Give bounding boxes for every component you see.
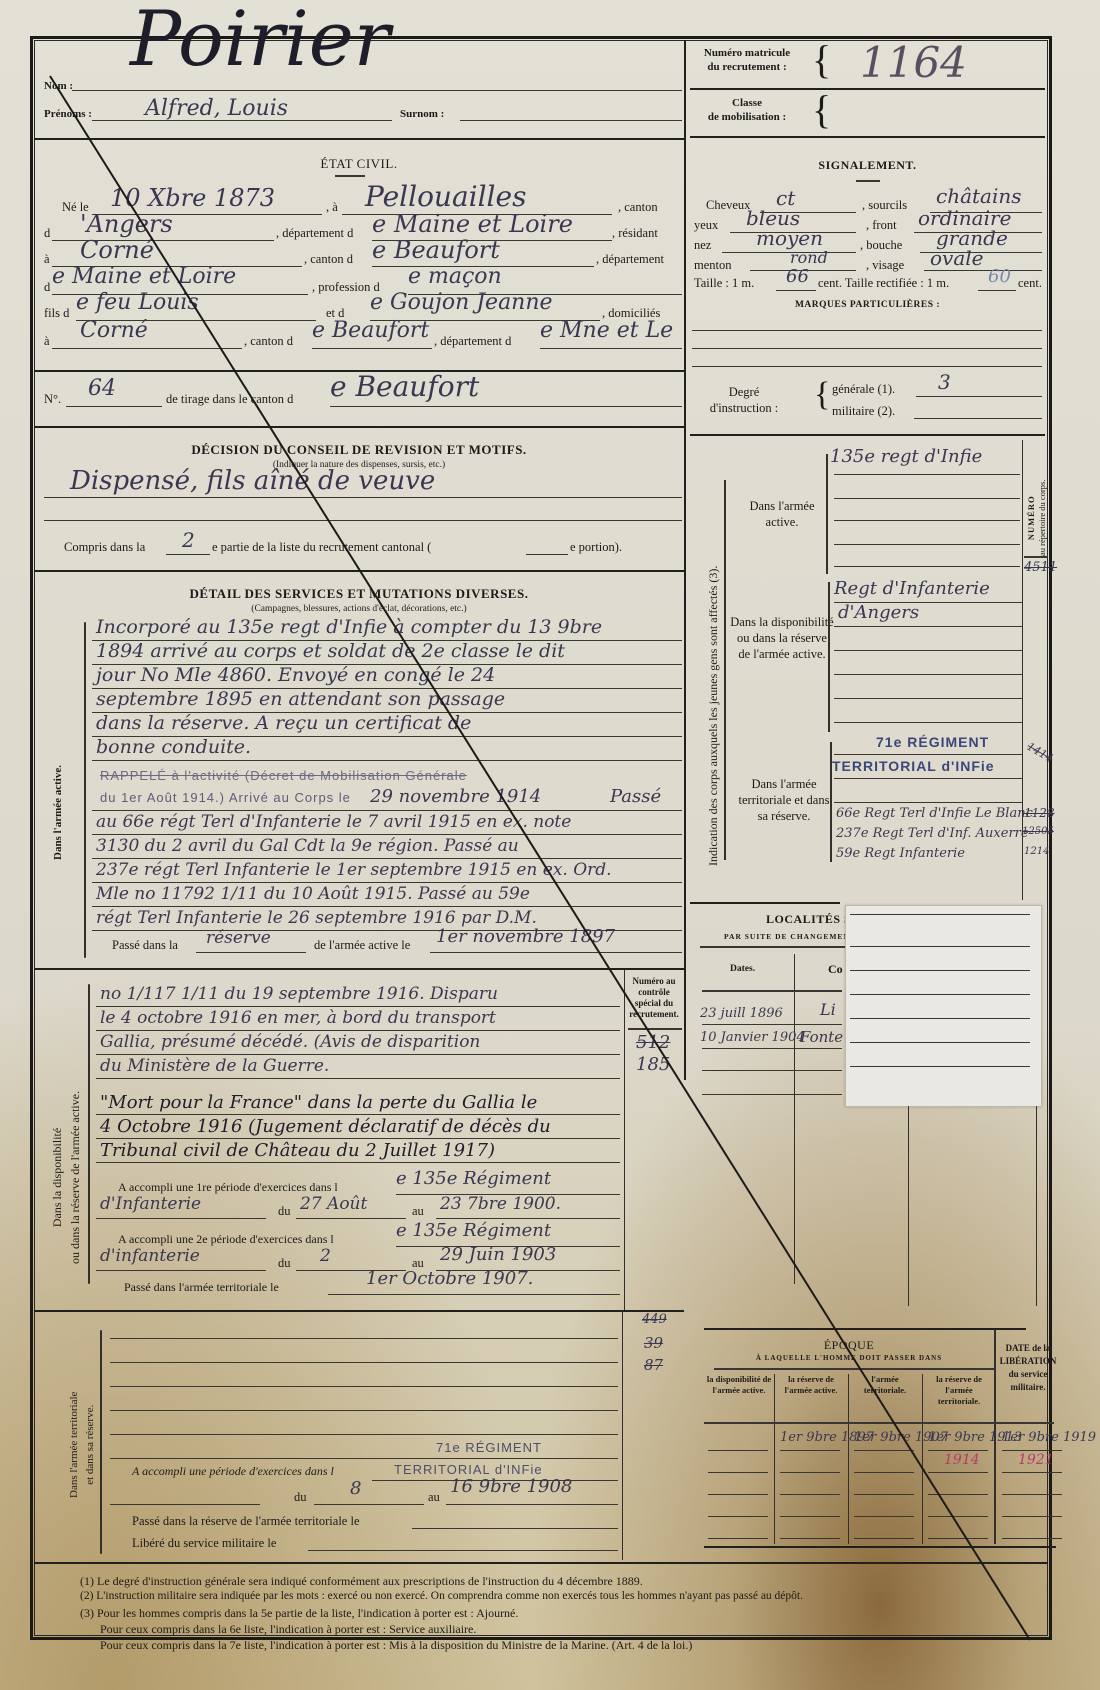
localites-row-line-2: [702, 1048, 842, 1049]
periode2-value2-line: [96, 1270, 266, 1271]
epoque-row-line: [708, 1450, 768, 1451]
terr-stamp-2: TERRITORIAL d'INFie: [394, 1462, 543, 1477]
epoque-row-line: [708, 1472, 768, 1473]
corps-dispo-value-2: d'Angers: [838, 602, 919, 623]
tirage-label: de tirage dans le canton d: [166, 392, 293, 407]
services-line: [110, 1434, 618, 1435]
epoque-row-line: [780, 1472, 840, 1473]
terr-au-line: [446, 1504, 618, 1505]
services-line: [92, 712, 682, 713]
portion-line: [526, 554, 568, 555]
epoque-row-line: [780, 1538, 840, 1539]
epoque-subtitle: À LAQUELLE L'HOMME DOIT PASSER DANS: [704, 1354, 994, 1362]
localites-col-dates: Dates.: [730, 964, 755, 974]
numero-header-line: [1024, 556, 1048, 558]
footnotes-top-line: [34, 1562, 1048, 1564]
epoque-column-header: la réserve de l'armée territoriale.: [924, 1374, 994, 1407]
epoque-row-line: [780, 1494, 840, 1495]
terr-num-1: 449: [642, 1312, 667, 1327]
decision-title: DÉCISION DU CONSEIL DE REVISION ET MOTIF…: [34, 442, 684, 458]
epoque-row-line: [854, 1516, 914, 1517]
epoque-row-line: [928, 1494, 988, 1495]
terr-au-label: au: [428, 1490, 440, 1505]
epoque-row-line: [708, 1494, 768, 1495]
res-canton-label: , canton d: [304, 252, 353, 267]
terr-periode-label: A accompli une période d'exercices dans …: [132, 1464, 334, 1479]
passe-terr-label: Passé dans l'armée territoriale le: [124, 1280, 279, 1295]
res-dept2-value: e Maine et Loire: [52, 264, 236, 289]
marques-line-1: [692, 330, 1042, 331]
footnote: Pour ceux compris dans la 6e liste, l'in…: [100, 1622, 476, 1637]
nez-value: moyen: [756, 226, 823, 250]
classe-label-2: de mobilisation :: [692, 110, 802, 124]
terr-side-label-2: et dans sa réserve.: [82, 1392, 98, 1498]
corps-dispo-line-3: [834, 650, 1022, 651]
dispo-brace: [88, 984, 90, 1284]
corps-active-num: 4511: [1024, 560, 1057, 575]
footnote: (1) Le degré d'instruction générale sera…: [80, 1574, 643, 1589]
epoque-row-line: [1002, 1494, 1062, 1495]
matricule-label-2: du recrutement :: [692, 60, 802, 74]
services-active-bottom-line: [34, 968, 684, 970]
services-line: [92, 882, 682, 883]
periode1-value: e 135e Régiment: [396, 1168, 551, 1189]
passe-reserve-line: [196, 952, 306, 953]
cent-label: cent.: [1018, 276, 1042, 291]
epoque-row-line: [1002, 1472, 1062, 1473]
decision-line-2: [44, 520, 682, 521]
epoque-title: ÉPOQUE: [704, 1338, 994, 1353]
corps-dispo-line-4: [834, 674, 1022, 675]
res-a-label: à: [44, 252, 50, 267]
controle-column-divider-left: [624, 970, 625, 1310]
localites-row-date: 23 juill 1896: [700, 1006, 783, 1021]
classe-label: Classe de mobilisation :: [692, 96, 802, 124]
surnom-label: Surnom :: [400, 108, 444, 120]
res-canton-value: e Beaufort: [372, 236, 500, 264]
localites-row-line-3: [702, 1070, 842, 1071]
mort-line: "Mort pour la France" dans la perte du G…: [100, 1092, 537, 1113]
terr-du: 8: [350, 1478, 361, 1499]
terr-du-line: [314, 1504, 424, 1505]
epoque-row-line: [928, 1538, 988, 1539]
ne-le-value: 10 Xbre 1873: [110, 184, 275, 212]
header-bottom-line: [34, 138, 684, 140]
signalement-rule: [856, 180, 880, 182]
localites-col-divider: [794, 954, 795, 1284]
rappel-line: 3130 du 2 avril du Gal Cdt la 9e région.…: [96, 836, 519, 856]
epoque-cols-header-line: [704, 1422, 1054, 1424]
terr-du-label: du: [294, 1490, 307, 1505]
portion-suffix: e portion).: [570, 540, 622, 555]
a-label: , à: [326, 200, 338, 215]
services-line: [96, 1078, 620, 1079]
footnote: Pour ceux compris dans la 7e liste, l'in…: [100, 1638, 692, 1653]
degre-label: Degré d'instruction :: [694, 384, 794, 416]
services-line: [92, 736, 682, 737]
dom-canton-label: , canton d: [244, 334, 293, 349]
numero-label-1: NUMÉRO: [1026, 480, 1037, 556]
services-line: [96, 1054, 620, 1055]
epoque-correction: 1914: [944, 1452, 980, 1468]
corps-active-line-5: [834, 566, 1020, 567]
tirage-no-value: 64: [88, 376, 116, 401]
matricule-label-1: Numéro matricule: [692, 46, 802, 60]
localites-row-line-4: [702, 1094, 842, 1095]
menton-label: menton: [694, 258, 732, 273]
signalement-title: SIGNALEMENT.: [690, 158, 1045, 173]
services-line: [96, 1006, 620, 1007]
taille-rect-value: 60: [988, 266, 1011, 287]
rappel-stamp-2: du 1er Août 1914.) Arrivé au Corps le: [100, 790, 351, 805]
corps-terr-line-3: [834, 802, 1022, 803]
epoque-row-line: [1002, 1516, 1062, 1517]
corps-terr-line-num: 1214: [1024, 846, 1049, 857]
visage-value: ovale: [930, 246, 984, 270]
epoque-date-col: DATE de la LIBÉRATION du service militai…: [998, 1342, 1058, 1394]
corps-dispo-line-5: [834, 698, 1022, 699]
passe-reserve-terr-line: [412, 1528, 618, 1529]
terr-side-label-1: Dans l'armée territoriale: [66, 1392, 82, 1498]
passe-terr-line: [328, 1294, 620, 1295]
classe-divider: [690, 136, 1045, 138]
et-de-value: e Goujon Jeanne: [370, 290, 553, 315]
corps-terr-line-1: [834, 754, 1022, 755]
matricule-value: 1164: [860, 38, 967, 87]
passe-reserve-date: 1er novembre 1897: [436, 926, 615, 947]
corps-terr-line-text: 237e Regt Terl d'Inf. Auxerre: [836, 826, 1029, 841]
corps-terr-stamp-1: 71e RÉGIMENT: [876, 734, 989, 750]
controle-label: Numéro au contrôle spécial du recrutemen…: [626, 976, 682, 1020]
degre-label-1: Degré: [694, 384, 794, 400]
corps-terr-line-text: 59e Regt Infanterie: [836, 846, 965, 861]
dispo-line: le 4 octobre 1916 en mer, à bord du tran…: [100, 1008, 496, 1028]
services-line: [110, 1410, 618, 1411]
marques-line-2: [692, 348, 1042, 349]
epoque-row-line: [928, 1450, 988, 1451]
degre-brace: {: [814, 376, 830, 414]
nom-line: [72, 90, 682, 91]
bouche-label: , bouche: [860, 238, 902, 253]
dom-dept-line: [540, 348, 682, 349]
etat-civil-title: ÉTAT CIVIL.: [34, 156, 684, 172]
sourcils-value: châtains: [936, 184, 1022, 208]
classe-brace: {: [812, 86, 831, 133]
nez-label: nez: [694, 238, 711, 253]
epoque-top-line: [704, 1328, 1026, 1330]
corps-active-line-4: [834, 544, 1020, 545]
footnote: (3) Pour les hommes compris dans la 5e p…: [80, 1606, 518, 1621]
passe-reserve-date-line: [430, 952, 682, 953]
generale-line: [916, 396, 1042, 397]
pasted-paper-patch: [845, 905, 1042, 1107]
periode2-du: 2: [320, 1246, 331, 1266]
rappel-stamp-1: RAPPELÉ à l'activité (Décret de Mobilisa…: [100, 768, 467, 783]
services-active-side-label: Dans l'armée active.: [52, 765, 64, 860]
menton-value: rond: [790, 248, 828, 267]
decision-value: Dispensé, fils aîné de veuve: [70, 466, 435, 496]
dom-dept-label: , département d: [434, 334, 511, 349]
epoque-column-divider: [848, 1374, 849, 1544]
tirage-no-line: [66, 406, 162, 407]
corps-active-line-1: [834, 474, 1020, 475]
matricule-divider: [690, 88, 1045, 90]
compris-line: [166, 554, 210, 555]
yeux-label: yeux: [694, 218, 718, 233]
services-line: [92, 664, 682, 665]
periode2-value: e 135e Régiment: [396, 1220, 551, 1241]
periode1-du: 27 Août: [300, 1194, 367, 1214]
services-line: [110, 1338, 618, 1339]
corps-dispo-line-2: [834, 626, 1022, 627]
degre-bottom-line: [690, 434, 1045, 436]
corps-terr-line-2: [834, 778, 1022, 779]
corps-active-label: Dans l'armée active.: [734, 498, 830, 530]
localites-header-line: [700, 946, 845, 948]
generale-label: générale (1).: [832, 382, 895, 397]
corps-bottom-line: [690, 902, 840, 904]
res-dept-label: , département: [596, 252, 664, 267]
epoque-row-line: [1002, 1538, 1062, 1539]
profession-value: e maçon: [408, 264, 502, 289]
taille-label: Taille : 1 m.: [694, 276, 754, 291]
periode1-label: A accompli une 1re période d'exercices d…: [118, 1180, 338, 1195]
residant-label: , résidant: [612, 226, 658, 241]
periode1-value2: d'Infanterie: [100, 1194, 201, 1214]
services-active-line: 1894 arrivé au corps et soldat de 2e cla…: [96, 640, 565, 662]
res-dept2-label: d: [44, 280, 50, 295]
dom-canton-value: e Beaufort: [312, 318, 429, 343]
nom-value: Poirier: [130, 0, 390, 83]
services-active-brace: [84, 622, 86, 958]
numero-label-2: au répertoire du corps.: [1037, 480, 1048, 556]
services-active-line: Incorporé au 135e regt d'Infie à compter…: [96, 616, 602, 638]
corps-terr-line-num: 1128: [1024, 806, 1055, 820]
corps-active-line-2: [834, 498, 1020, 499]
passe-reserve-label: Passé dans la: [112, 938, 178, 953]
services-subtitle: (Campagnes, blessures, actions d'éclat, …: [34, 604, 684, 614]
services-line: [92, 858, 682, 859]
localites-row-date: 10 Janvier 1904: [700, 1030, 805, 1045]
epoque-row-line: [854, 1538, 914, 1539]
controle-value-2: 185: [636, 1054, 670, 1075]
sourcils-label: , sourcils: [862, 198, 907, 213]
corps-dispo-line-6: [834, 722, 1022, 723]
rappel-line: Mle no 11792 1/11 du 10 Août 1915. Passé…: [96, 884, 530, 904]
d-label: d: [44, 226, 50, 241]
nez-line: [722, 252, 856, 253]
services-line: [92, 760, 682, 761]
visage-label: , visage: [866, 258, 904, 273]
dept-label: , département d: [276, 226, 353, 241]
localites-right-divider-1: [908, 1106, 909, 1306]
canton-label: , canton: [618, 200, 658, 215]
periode2-label: A accompli une 2e période d'exercices da…: [118, 1232, 334, 1247]
dispo-bottom-line: [34, 1310, 684, 1312]
corps-dispo-value-1: Regt d'Infanterie: [834, 578, 990, 599]
epoque-column-header: l'armée territoriale.: [850, 1374, 920, 1396]
nom-label: Nom :: [44, 80, 73, 92]
services-line: [96, 1114, 620, 1115]
dispo-side-label-2: ou dans la réserve de l'armée active.: [66, 1091, 84, 1264]
epoque-row-line: [780, 1450, 840, 1451]
corps-active-line-3: [834, 520, 1020, 521]
front-label: , front: [866, 218, 897, 233]
taille-rect-line: [978, 290, 1016, 291]
services-active-line: septembre 1895 en attendant son passage: [96, 688, 505, 710]
periode2-du-label: du: [278, 1256, 291, 1271]
corps-terr-line-num: 12505: [1022, 826, 1054, 837]
matricule-label: Numéro matricule du recrutement :: [692, 46, 802, 74]
compris-label: Compris dans la: [64, 540, 145, 555]
dom-dept-value: e Mne et Le: [540, 318, 673, 343]
dispo-side-label: Dans la disponibilité ou dans la réserve…: [48, 1091, 84, 1264]
dispo-line: no 1/117 1/11 du 19 septembre 1916. Disp…: [100, 984, 498, 1004]
marques-line-3: [692, 366, 1042, 367]
terr-side-label: Dans l'armée territoriale et dans sa rés…: [66, 1392, 98, 1498]
dom-a-value: Corné: [80, 318, 148, 343]
prenoms-value: Alfred, Louis: [145, 96, 288, 121]
localites-col-line: [702, 990, 842, 992]
etat-civil-rule: [335, 175, 365, 177]
services-active-line: dans la réserve. A reçu un certificat de: [96, 712, 471, 734]
surnom-line: [460, 120, 682, 121]
fils-value: e feu Louis: [76, 290, 199, 315]
rappel-line: régt Terl Infanterie le 26 septembre 191…: [96, 908, 537, 928]
generale-value: 3: [938, 370, 951, 394]
epoque-column-divider: [922, 1374, 923, 1544]
localites-row-place: Li: [820, 1000, 836, 1019]
epoque-correction: 1921: [1018, 1452, 1054, 1468]
periode2-value2: d'infanterie: [100, 1246, 200, 1266]
epoque-row-line: [1002, 1450, 1062, 1451]
header-divider: [684, 40, 686, 1080]
fils-label: fils d: [44, 306, 69, 321]
services-line: [92, 640, 682, 641]
d-value: 'Angers: [80, 210, 173, 238]
mort-line: 4 Octobre 1916 (Jugement déclaratif de d…: [100, 1116, 551, 1137]
periode1-du-label: du: [278, 1204, 291, 1219]
terr-num-2: 39: [644, 1334, 663, 1352]
services-line: [92, 688, 682, 689]
passe-terr-date: 1er Octobre 1907.: [366, 1268, 533, 1289]
corps-terr-label: Dans l'armée territoriale et dans sa rés…: [736, 776, 832, 824]
corps-terr-stamp-2: TERRITORIAL d'INFie: [832, 758, 995, 774]
rappel-line: 237e régt Terl Infanterie le 1er septemb…: [96, 860, 612, 880]
corps-terr-line-text: 66e Regt Terl d'Infie Le Blanc: [836, 806, 1033, 821]
periode1-au: 23 7bre 1900.: [440, 1194, 561, 1214]
corps-dispo-line-1: [834, 602, 1022, 603]
epoque-value: 1er 9bre 1919: [1002, 1430, 1096, 1445]
tirage-bottom-line: [34, 426, 684, 428]
dispo-line: Gallia, présumé décédé. (Avis de dispari…: [100, 1032, 480, 1052]
decision-bottom-line: [34, 570, 684, 572]
services-line: [96, 1162, 620, 1163]
militaire-label: militaire (2).: [832, 404, 895, 419]
localites-row-place: Fonte: [800, 1028, 843, 1046]
res-a-value: Corné: [80, 236, 154, 264]
localites-right-divider-2: [1036, 1106, 1037, 1306]
controle-value-1: 512: [636, 1032, 670, 1053]
prenoms-line: [92, 120, 392, 121]
localites-subtitle: PAR SUITE DE CHANGEMENT: [724, 932, 856, 941]
periode2-au: 29 Juin 1903: [440, 1244, 556, 1265]
corps-active-value: 135e regt d'Infie: [830, 446, 982, 467]
mort-line: Tribunal civil de Château du 2 Juillet 1…: [100, 1140, 495, 1161]
a-value: Pellouailles: [365, 180, 526, 213]
services-line: [96, 1030, 620, 1031]
periode1-du-line: [296, 1218, 406, 1219]
tirage-no-label: N°.: [44, 392, 61, 407]
epoque-bottom-line: [704, 1546, 1056, 1548]
services-line: [110, 1458, 618, 1459]
periode1-value2-line: [96, 1218, 266, 1219]
epoque-row-line: [928, 1472, 988, 1473]
periode1-au-line: [436, 1218, 620, 1219]
periode1-au-label: au: [412, 1204, 424, 1219]
epoque-column-header: la réserve de l'armée active.: [776, 1374, 846, 1396]
libere-label: Libéré du service militaire le: [132, 1536, 276, 1551]
controle-header-line: [628, 1028, 682, 1030]
passe-reserve-terr-label: Passé dans la réserve de l'armée territo…: [132, 1514, 360, 1529]
numero-label: NUMÉRO au répertoire du corps.: [1026, 480, 1048, 556]
localites-col-co: Co: [828, 962, 843, 977]
services-line: [92, 906, 682, 907]
taille-value: 66: [786, 266, 809, 287]
terr-au: 16 9bre 1908: [450, 1476, 572, 1497]
prenoms-label: Prénoms :: [44, 108, 92, 120]
matricule-brace: {: [812, 36, 831, 83]
services-line: [110, 1362, 618, 1363]
marques-label: MARQUES PARTICULIÈRES :: [690, 300, 1045, 310]
services-line: [96, 1138, 620, 1139]
dept-value: e Maine et Loire: [372, 210, 573, 238]
epoque-brace-line: [714, 1368, 994, 1370]
corps-brace-dispo: [828, 582, 830, 732]
compris-suffix: e partie de la liste du recrutement cant…: [212, 540, 431, 555]
dom-canton-line: [312, 348, 432, 349]
epoque-row-line: [854, 1494, 914, 1495]
corps-side-label: Indication des corps auxquels les jeunes…: [706, 566, 721, 866]
militaire-line: [914, 418, 1042, 419]
libere-line: [308, 1550, 618, 1551]
rappel-line: au 66e régt Terl d'Infanterie le 7 avril…: [96, 812, 571, 832]
epoque-row-line: [928, 1516, 988, 1517]
corps-dispo-label: Dans la disponibilité ou dans la réserve…: [730, 614, 834, 662]
taille-cent: cent. Taille rectifiée : 1 m.: [818, 276, 949, 291]
services-line: [92, 810, 682, 811]
dom-a-label: à: [44, 334, 50, 349]
services-active-line: jour No Mle 4860. Envoyé en congé le 24: [96, 664, 495, 686]
terr-num-3: 87: [644, 1356, 663, 1374]
corps-side-bracket: [724, 480, 726, 860]
epoque-row-line: [854, 1472, 914, 1473]
epoque-row-line: [708, 1538, 768, 1539]
services-active-line: bonne conduite.: [96, 736, 251, 758]
footnote: (2) L'instruction militaire sera indiqué…: [80, 1590, 803, 1602]
passe-reserve-mid: de l'armée active le: [314, 938, 410, 953]
epoque-column-header: la disponibilité de l'armée active.: [704, 1374, 774, 1396]
localites-row-line-1: [702, 1024, 842, 1025]
services-line: [92, 834, 682, 835]
terr-right-divider: [622, 1310, 623, 1560]
classe-label-1: Classe: [692, 96, 802, 110]
tirage-value: e Beaufort: [330, 370, 479, 403]
passe-reserve-value: réserve: [206, 928, 271, 948]
degre-label-2: d'instruction :: [694, 400, 794, 416]
epoque-row-line: [854, 1450, 914, 1451]
dom-a-line: [52, 348, 242, 349]
